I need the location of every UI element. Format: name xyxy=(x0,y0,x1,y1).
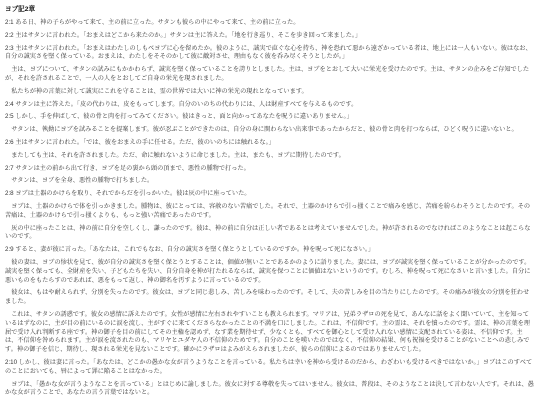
commentary-after-2-6: またしても主は、それを許されました。ただ、命に触れないように命じました。主は、ま… xyxy=(5,152,534,161)
verse-2-4: 2:4 サタンは主に答えた。「皮の代わりは、皮をもってします。自分のいのちの代わ… xyxy=(5,101,534,110)
commentary-after-2-7: サタンは、ヨブを全身、悪性の腫物で打ちました。 xyxy=(5,177,534,186)
verse-2-1: 2:1 ある日、神の子らがやって来て、主の前に立った。サタンも彼らの中にやって来… xyxy=(5,19,534,28)
verse-2-5: 2:5 しかし、手を伸ばして、彼の骨と肉を打ってみてください。彼はきっと、面と向… xyxy=(5,113,534,122)
verse-2-7: 2:7 サタンは主の前から出て行き、ヨブを足の裏から頭の頂まで、悪性の腫物で打っ… xyxy=(5,165,534,174)
page-title: ヨブ記2章 xyxy=(5,5,534,14)
document-page: { "document": { "title": "ヨブ記2章", "parag… xyxy=(0,0,540,405)
commentary-after-2-8-b: 灰の中に座ったことは、神の前に自分を空しくし、謙ったのです。彼は、神の前に自分は… xyxy=(5,225,534,243)
commentary-after-2-3-a: 主は、ヨブについて、サタンの試みにもかかわらず、誠実を堅く保っていることを誇りと… xyxy=(5,66,534,84)
commentary-after-2-3-b: 私たちが神の言葉に対して誠実にこれを守ることは、霊の世界では大いに神の栄光の現れ… xyxy=(5,88,534,97)
commentary-after-2-9-a: 彼の妻は、ヨブの惨状を見て、彼が自分の誠実さを堅く保とうとすることは、価値が無い… xyxy=(5,259,534,285)
commentary-after-2-9-c: これは、サタンの誘惑です。彼女の感情に訴えたのです。女性が感情に左右されやすいこ… xyxy=(5,311,534,355)
commentary-after-2-9-b: 彼女は、もはや耐えられず、分別を失ったのです。彼女は、ヨブと同じ悲しみ、苦しみを… xyxy=(5,289,534,307)
verse-2-10: 2:10 しかし、彼は妻に言った。「あなたは、どこかの愚かな女が言うようなことを… xyxy=(5,359,534,377)
commentary-after-2-8-a: ヨブは、土器のかけらで体を引っかきました。腫物は、彼にとっては、容赦のない苦痛で… xyxy=(5,203,534,221)
verse-2-6: 2:6 主はサタンに言われた。「では、彼をおまえの手に任せる。ただ、彼のいのちに… xyxy=(5,139,534,148)
verse-2-2: 2:2 主はサタンに言われた。「おまえはどこから来たのか。」サタンは主に答えた。… xyxy=(5,32,534,41)
commentary-after-2-10: ヨブは、「愚かな女が言うようなことを言っている」とはじめに諭しました。彼女に対す… xyxy=(5,381,534,399)
commentary-after-2-5: サタンは、執拗にヨブを試みることを提案します。彼が忍ぶことができたのは、自分の身… xyxy=(5,126,534,135)
verse-2-9: 2:9 すると、妻が彼に言った。「あなたは、これでもなお、自分の誠実さを堅く保と… xyxy=(5,246,534,255)
verse-2-8: 2:8 ヨブは土器のかけらを取り、それでからだを引っかいた。彼は灰の中に座ってい… xyxy=(5,190,534,199)
verse-2-3: 2:3 主はサタンに言われた。「おまえはわたしのしもべヨブに心を留めたか。彼のよ… xyxy=(5,45,534,63)
